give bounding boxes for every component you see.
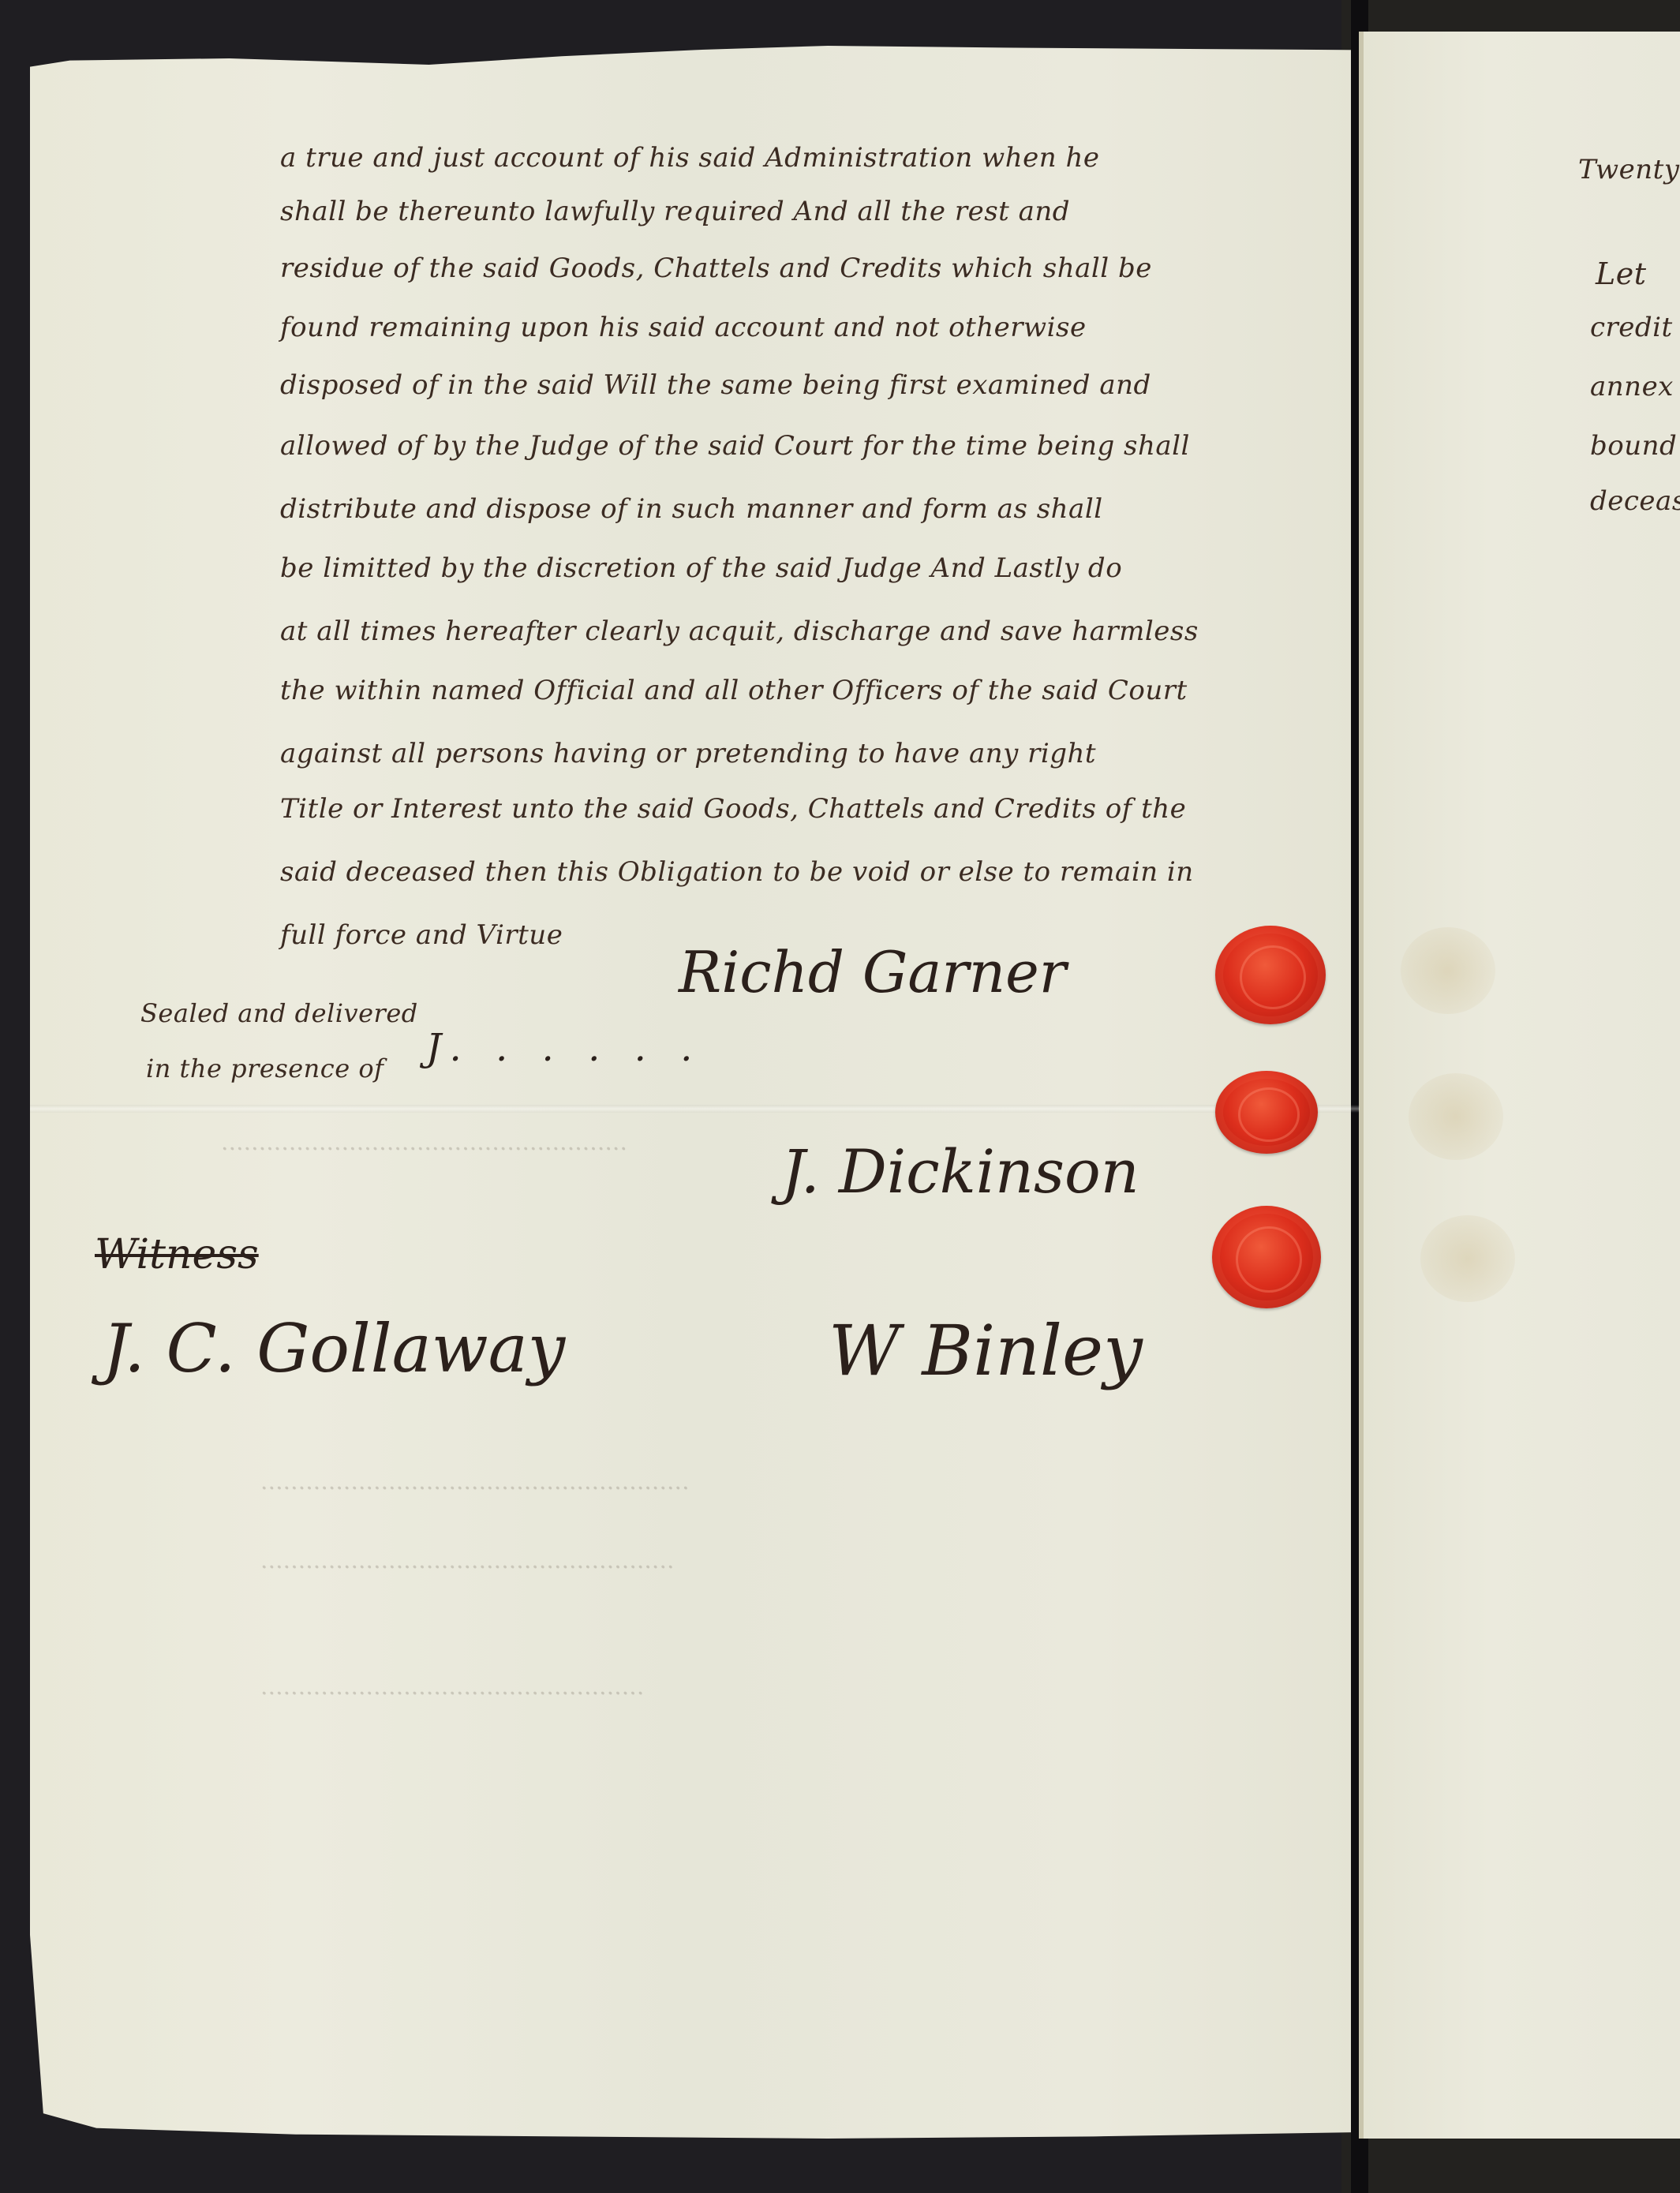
bleed-through-text: ........................................…	[221, 1128, 627, 1156]
page-edge-fold	[1359, 32, 1364, 2139]
text-line: full force and Virtue	[280, 919, 563, 951]
attestation-presence-of: in the presence of	[146, 1053, 384, 1083]
text-line: against all persons having or pretending…	[280, 738, 1096, 769]
text-line: found remaining upon his said account an…	[280, 312, 1087, 343]
text-line: said deceased then this Obligation to be…	[280, 856, 1194, 888]
seal-stain	[1420, 1215, 1515, 1302]
text-line: at all times hereafter clearly acquit, d…	[280, 616, 1199, 647]
signature-garner: Richd Garner	[679, 939, 1066, 1005]
left-page-sheet	[30, 46, 1360, 2145]
wax-seal-3	[1212, 1206, 1321, 1308]
wax-seal-2	[1215, 1071, 1318, 1154]
right-page-text: Let	[1596, 256, 1647, 291]
right-page-text: annex	[1590, 371, 1674, 402]
bleed-through-text: ........................................…	[260, 1468, 690, 1495]
text-line: Title or Interest unto the said Goods, C…	[280, 793, 1186, 825]
signature-binley: W Binley	[829, 1310, 1143, 1391]
right-page-text: bound	[1590, 430, 1677, 462]
witness-signature-gollaway: J. C. Gollaway	[103, 1310, 565, 1387]
wax-seal-1	[1215, 926, 1326, 1024]
attestation-sealed-delivered: Sealed and delivered	[140, 998, 418, 1028]
right-page-text: credit	[1590, 312, 1673, 343]
struck-witness-word: Witness	[95, 1231, 259, 1278]
text-line: shall be thereunto lawfully required And…	[280, 196, 1070, 227]
right-page-text: deceas	[1590, 485, 1680, 517]
horizontal-fold-crease	[30, 1105, 1360, 1113]
signature-dickinson: J. Dickinson	[781, 1136, 1139, 1207]
text-line: disposed of in the said Will the same be…	[280, 369, 1151, 401]
seal-stain	[1401, 927, 1495, 1014]
text-line: a true and just account of his said Admi…	[280, 142, 1099, 174]
witness-partial-signature: J. . . . . .	[426, 1026, 703, 1070]
bleed-through-text: ........................................…	[260, 1547, 675, 1574]
seal-stain	[1409, 1073, 1503, 1160]
text-line: residue of the said Goods, Chattels and …	[280, 253, 1152, 284]
text-line: allowed of by the Judge of the said Cour…	[280, 430, 1190, 462]
right-page-sheet	[1364, 32, 1680, 2139]
bleed-through-text: ........................................…	[260, 1673, 644, 1701]
text-line: be limitted by the discretion of the sai…	[280, 552, 1122, 584]
right-page-text: Twenty	[1578, 154, 1679, 185]
text-line: the within named Official and all other …	[280, 675, 1188, 706]
text-line: distribute and dispose of in such manner…	[280, 493, 1103, 525]
